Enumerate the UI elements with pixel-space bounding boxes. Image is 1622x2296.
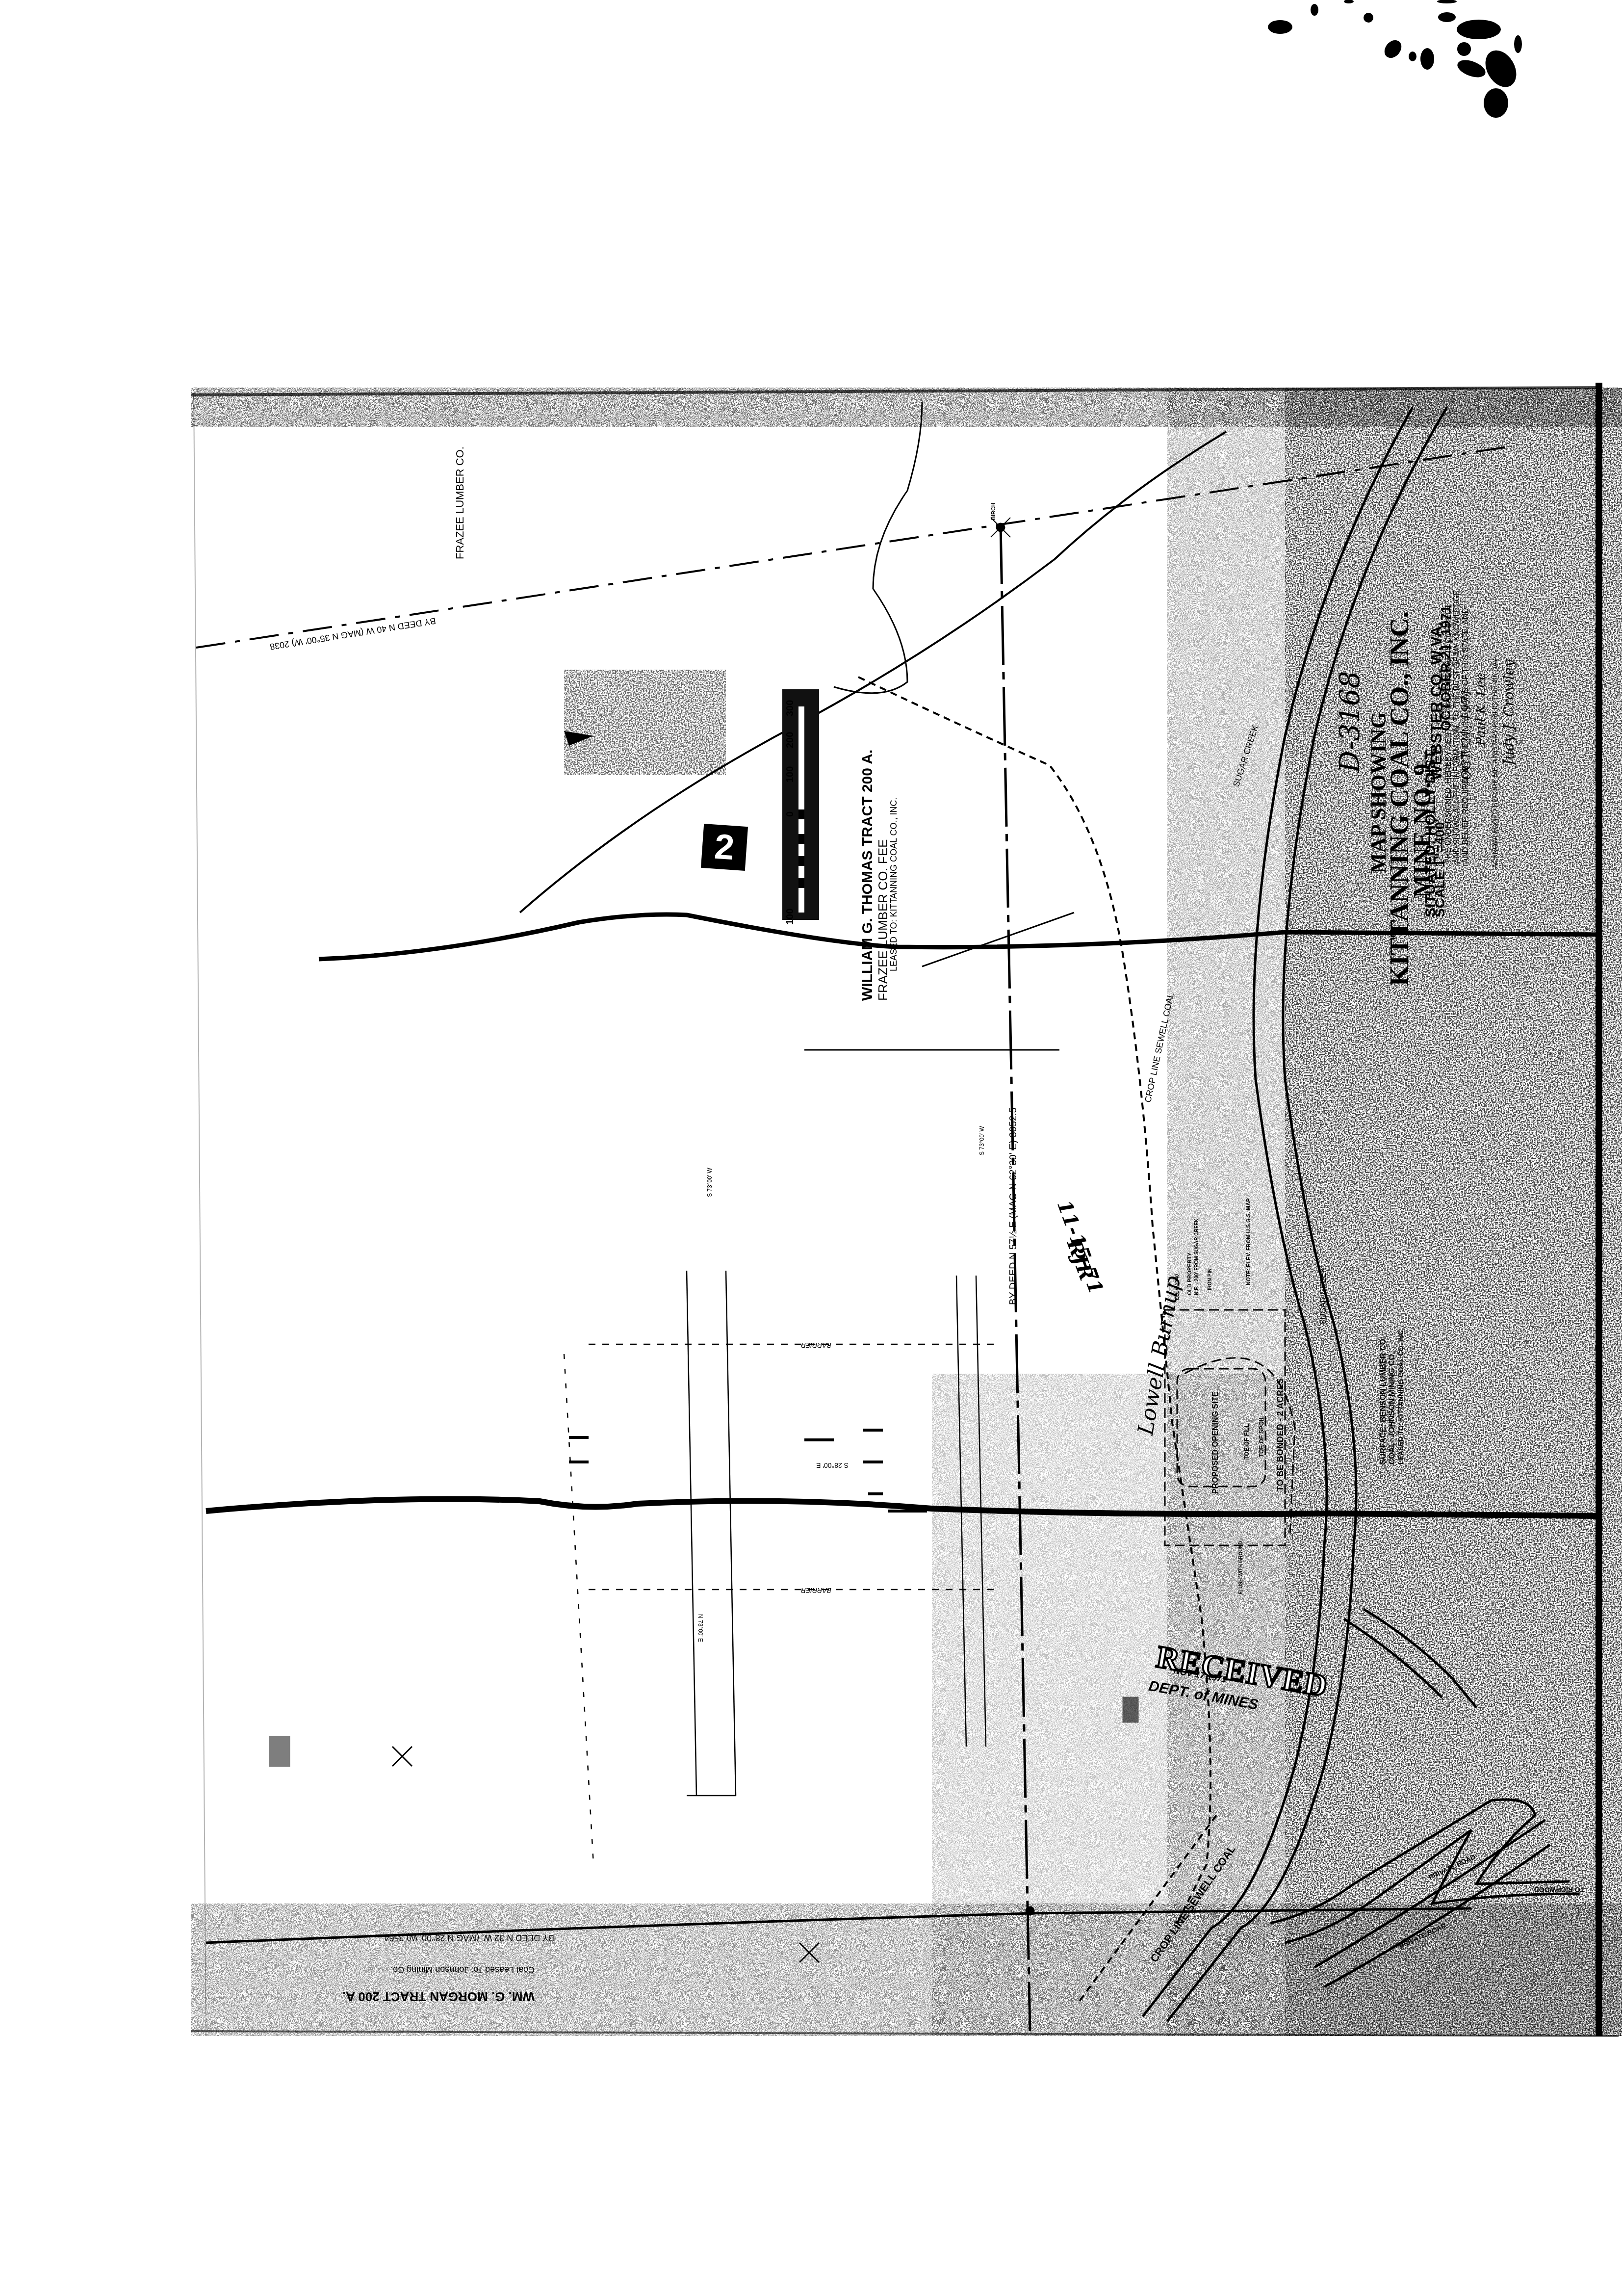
adjacent-lessee: LEASED TO: KITTANNING COAL CO. INC. bbox=[1397, 1328, 1405, 1464]
mine-map-drawing bbox=[0, 0, 1622, 2296]
toe-of-fill-label: TOE OF FILL bbox=[1243, 1424, 1250, 1460]
scale-tick-200: 200 bbox=[785, 732, 796, 748]
file-number: D-3168 bbox=[1334, 671, 1366, 773]
tract-frazee-name: FRAZEE LUMBER CO. bbox=[454, 446, 466, 559]
certification-date: OCT. 21, 1971 bbox=[1459, 688, 1474, 780]
scale-tick-100-left: 100 bbox=[785, 909, 796, 925]
adjacent-surface-owner: SURFACE: BENSON LUMBER CO. bbox=[1379, 1337, 1388, 1464]
old-property-label: OLD PROPERTY bbox=[1187, 1252, 1193, 1295]
tract-thomas-lease: LEASED TO: KITTANNING COAL CO., INC. bbox=[889, 798, 899, 971]
bearing-east-line: BY DEED N 57½ E (MAG N 62°30' E) 3052.5 bbox=[1008, 1107, 1019, 1305]
scale-tick-0: 0 bbox=[785, 811, 796, 817]
iron-pin-label: IRON PIN bbox=[1208, 1269, 1213, 1290]
adjacent-coal-owner: COAL: JOHNSON MINING CO. bbox=[1388, 1352, 1397, 1464]
barrier-label-2: BARRIER bbox=[801, 1587, 831, 1594]
ink-stains bbox=[1268, 0, 1522, 118]
opening-site-label: PROPOSED OPENING SITE bbox=[1211, 1391, 1220, 1494]
notary-line: ACKNOWLEDGED BEFORE ME, A NOTARY PUBLIC … bbox=[1491, 658, 1499, 868]
tract-morgan-name: WM. G. MORGAN TRACT 200 A. bbox=[342, 1989, 535, 2004]
bearing-interior-1: S 73°00' W bbox=[978, 1126, 985, 1155]
toe-of-spoil-label: TOE OF SPOIL bbox=[1258, 1416, 1265, 1457]
to-richwood-label: TO RICHWOOD bbox=[1534, 1886, 1584, 1894]
bonded-area-label: TO BE BONDED - 2 ACRES bbox=[1275, 1378, 1286, 1491]
scale-bar bbox=[782, 689, 819, 920]
elevation-note: NOTE: ELEV. FROM U.S.G.S. MAP bbox=[1246, 1199, 1252, 1285]
flush-label: FLUSH WITH GROUND bbox=[1238, 1541, 1244, 1594]
bearing-interior-3: S 73°00' W bbox=[706, 1168, 713, 1197]
scale-tick-300: 300 bbox=[785, 700, 796, 716]
map-marker-box: 2 bbox=[701, 824, 748, 871]
bearing-interior-4: N 73°00' E bbox=[697, 1614, 704, 1642]
scale-tick-100: 100 bbox=[785, 766, 796, 783]
engineer-signature: Paul K. Lee bbox=[1474, 673, 1489, 746]
property-note-label: N.E. - 200' FROM SUGAR CREEK bbox=[1194, 1219, 1200, 1295]
sugar-creek-label-lower: SUGAR CREEK bbox=[1319, 1268, 1328, 1325]
tract-thomas-name: WILLIAM G. THOMAS TRACT 200 A. bbox=[859, 750, 876, 1001]
bearing-interior-2: S 28°00' E bbox=[816, 1461, 849, 1469]
bearing-south-line: BY DEED N 32 W, (MAG N 28°00' W) 3564 bbox=[385, 1932, 554, 1943]
notary-signature: Judy J. Crowley bbox=[1501, 659, 1517, 765]
certification-line-1: THE UNDERSIGNED, HEREBY CERTIFY THAT THI… bbox=[1444, 604, 1453, 863]
corner-marker-birch: BIRCH bbox=[991, 503, 997, 520]
tract-morgan-lease: Coal Leased To: Johnson Mining Co. bbox=[390, 1964, 535, 1975]
barrier-label-1: BARRIER bbox=[801, 1341, 831, 1349]
